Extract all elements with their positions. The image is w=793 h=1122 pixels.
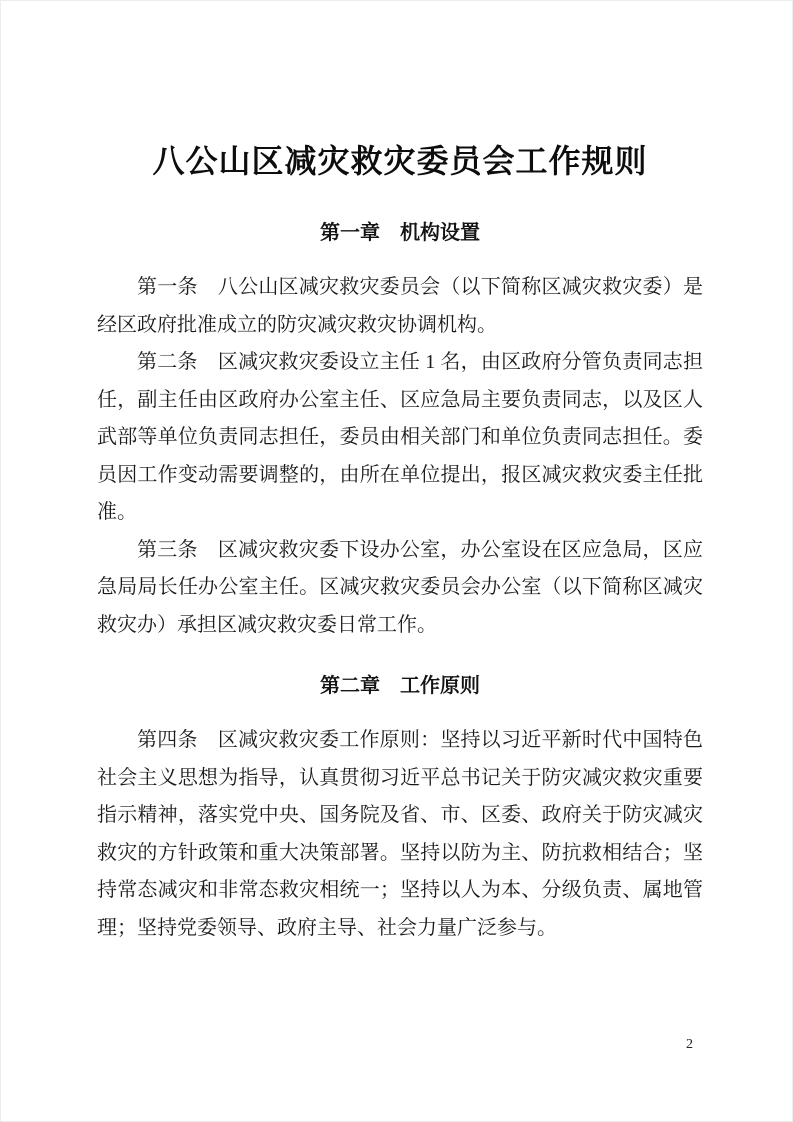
article-1-paragraph: 第一条 八公山区减灾救灾委员会（以下简称区减灾救灾委）是经区政府批准成立的防灾减… bbox=[97, 269, 703, 344]
page-number: 2 bbox=[686, 1037, 693, 1053]
document-page: 八公山区减灾救灾委员会工作规则 第一章 机构设置 第一条 八公山区减灾救灾委员会… bbox=[0, 0, 793, 1122]
article-2-paragraph: 第二条 区减灾救灾委设立主任 1 名，由区政府分管负责同志担任，副主任由区政府办… bbox=[97, 344, 703, 532]
document-title: 八公山区减灾救灾委员会工作规则 bbox=[97, 1, 703, 185]
chapter-2-heading: 第二章 工作原则 bbox=[97, 670, 703, 702]
chapter-1-heading: 第一章 机构设置 bbox=[97, 217, 703, 249]
article-4-paragraph: 第四条 区减灾救灾委工作原则：坚持以习近平新时代中国特色社会主义思想为指导，认真… bbox=[97, 722, 703, 947]
document-content: 八公山区减灾救灾委员会工作规则 第一章 机构设置 第一条 八公山区减灾救灾委员会… bbox=[97, 1, 703, 947]
article-3-paragraph: 第三条 区减灾救灾委下设办公室，办公室设在区应急局，区应急局局长任办公室主任。区… bbox=[97, 532, 703, 645]
